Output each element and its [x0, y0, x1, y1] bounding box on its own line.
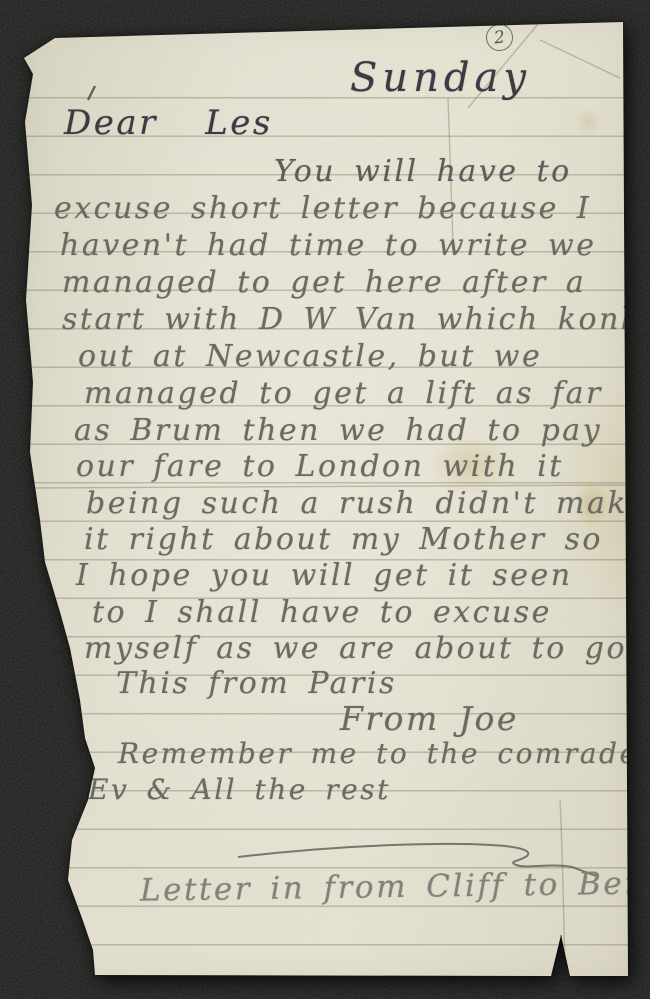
letter-line: managed to get a lift as far	[84, 379, 603, 409]
letter-line: being such a rush didn't make	[86, 489, 648, 519]
letter-line: our fare to London with it	[76, 452, 564, 482]
paper-shadow: 2 Sunday Dear Les You will have to excus…	[0, 0, 650, 999]
postscript-line: Remember me to the comrades	[118, 740, 650, 768]
letter-line: This from Paris	[116, 669, 397, 699]
salutation: Dear Les	[64, 106, 273, 140]
letter-line: I hope you will get it seen	[76, 561, 573, 591]
letter-line: as Brum then we had to pay	[74, 416, 602, 446]
letter-line: to I shall have to excuse	[92, 598, 552, 628]
photo-stage: 2 Sunday Dear Les You will have to excus…	[0, 0, 650, 999]
letter-line: out at Newcastle, but we	[78, 342, 542, 372]
letter-line: haven't had time to write we	[60, 231, 596, 261]
letter-line: start with D W Van which konked	[62, 305, 650, 335]
letter-line: it right about my Mother so	[84, 525, 603, 555]
letter-line: You will have to	[274, 157, 572, 187]
letter-line: myself as we are about to go	[84, 634, 627, 664]
postscript-line: Ev & All the rest	[88, 776, 391, 804]
archival-note: Letter in from Cliff to Bert	[140, 868, 650, 906]
signoff-line: From Joe	[340, 702, 519, 735]
letter-paper: 2 Sunday Dear Les You will have to excus…	[0, 0, 650, 999]
letter-line: managed to get here after a	[62, 268, 586, 298]
letter-line: excuse short letter because I	[54, 194, 591, 224]
date-line: Sunday	[350, 58, 531, 98]
